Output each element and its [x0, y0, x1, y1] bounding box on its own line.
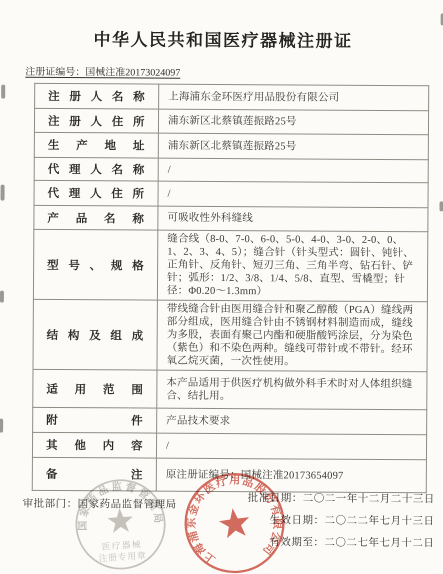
- certificate-page: 中华人民共和国医疗器械注册证 注册证编号：国械注准20173024097 注册人…: [0, 0, 443, 574]
- registration-number-line: 注册证编号：国械注准20173024097: [25, 63, 180, 79]
- field-value: 缝合线（8-0、7-0、6-0、5-0、4-0、3-0、2-0、0、1、2、3、…: [157, 230, 427, 302]
- field-value: /: [156, 433, 426, 460]
- table-row: 其他内容 /: [32, 432, 426, 459]
- scan-artifact: [0, 291, 4, 303]
- authority-seal-line2: 注册专用章: [98, 549, 147, 563]
- registration-number-label: 注册证编号：: [25, 67, 85, 78]
- field-value: 浦东新区北蔡镇莲振路25号: [158, 133, 428, 160]
- authority-seal-icon: 国家药品监督管理局 医疗器械 注册专用章: [70, 473, 172, 574]
- field-value: /: [158, 158, 428, 183]
- field-value: 产品技术要求: [157, 408, 427, 435]
- scan-artifact: [0, 419, 3, 433]
- table-row: 型号、规格 缝合线（8-0、7-0、6-0、5-0、4-0、3-0、2-0、0、…: [33, 229, 427, 301]
- effective-date-value: 二〇二二年七月十三日: [325, 516, 435, 528]
- field-label: 生产地址: [34, 132, 158, 158]
- table-row: 适用范围 本产品适用于供医疗机构做外科手术时对人体组织缝合、结扎用。: [33, 369, 427, 409]
- field-value: 本产品适用于供医疗机构做外科手术时对人体组织缝合、结扎用。: [157, 370, 427, 410]
- field-label: 代理人名称: [34, 157, 158, 181]
- field-label: 附件: [33, 407, 157, 433]
- field-value: 浦东新区北蔡镇莲振路25号: [158, 109, 428, 135]
- field-label: 型号、规格: [33, 229, 157, 300]
- field-label: 代理人住所: [34, 180, 158, 206]
- field-value: /: [158, 181, 428, 208]
- expiry-date-value: 二〇二七年七月十二日: [324, 538, 434, 550]
- table-row: 代理人住所 /: [34, 180, 428, 207]
- scanned-sheet: 中华人民共和国医疗器械注册证 注册证编号：国械注准20173024097 注册人…: [0, 0, 443, 574]
- authority-seal-line1: 医疗器械: [101, 538, 142, 552]
- certificate-table: 注册人名称 上海浦东金环医疗用品股份有限公司 注册人住所 浦东新区北蔡镇莲振路2…: [32, 83, 429, 493]
- table-row: 注册人名称 上海浦东金环医疗用品股份有限公司: [35, 83, 429, 110]
- field-value: 带线缝合针由医用缝合针和聚乙醇酸（PGA）缝线两部分组成，医用缝合针由不锈钢材料…: [157, 300, 427, 372]
- field-label: 结构及组成: [33, 299, 157, 370]
- field-label: 注册人住所: [34, 108, 158, 133]
- table-row: 生产地址 浦东新区北蔡镇莲振路25号: [34, 132, 428, 159]
- field-label: 适用范围: [33, 369, 157, 408]
- approval-date-value: 二〇二一年十二月二十三日: [303, 494, 435, 506]
- registration-number: 国械注准20173024097: [85, 67, 180, 79]
- table-row: 附件 产品技术要求: [33, 407, 427, 434]
- field-label: 其他内容: [32, 432, 156, 458]
- scan-artifact: [439, 201, 443, 211]
- table-row: 注册人住所 浦东新区北蔡镇莲振路25号: [34, 108, 428, 134]
- table-row: 产品名称 可吸收性外科缝线: [34, 205, 428, 231]
- table-row: 结构及组成 带线缝合针由医用缝合针和聚乙醇酸（PGA）缝线两部分组成，医用缝合针…: [33, 299, 427, 371]
- scan-artifact: [1, 185, 5, 201]
- table-row: 代理人名称 /: [34, 157, 428, 182]
- field-value: 可吸收性外科缝线: [158, 206, 428, 232]
- certificate-title: 中华人民共和国医疗器械注册证: [1, 25, 443, 53]
- field-label: 注册人名称: [35, 83, 159, 109]
- field-value: 上海浦东金环医疗用品股份有限公司: [159, 84, 429, 111]
- company-seal-icon: 上海浦东金环医疗用品股份有限公司: [176, 465, 293, 574]
- approval-department-label: 审批部门：: [23, 499, 78, 510]
- field-label: 产品名称: [34, 205, 158, 230]
- scan-artifact: [1, 85, 5, 99]
